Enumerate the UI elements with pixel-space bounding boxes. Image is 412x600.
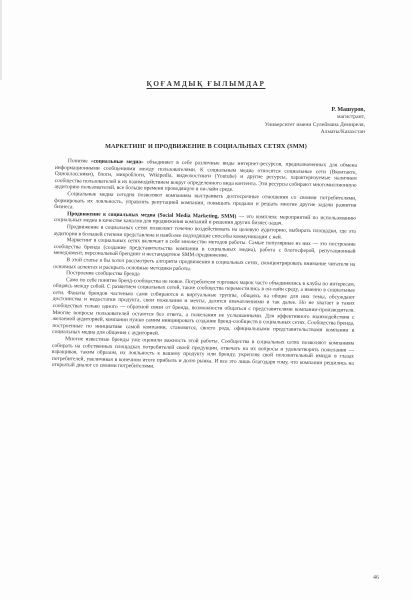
document-page: ҚОҒАМДЫҚ ҒЫЛЫМДАР Р. Машуров, магистрант… — [0, 0, 412, 600]
page-number: 46 — [373, 575, 379, 581]
author-block: Р. Машуров, магистрант, Университет имен… — [265, 107, 365, 137]
section-header-text: ҚОҒАМДЫҚ ҒЫЛЫМДАР — [147, 80, 266, 88]
author-position: магистрант, — [265, 114, 365, 121]
author-location: Алматы/Казахстан — [265, 129, 365, 136]
author-name: Р. Машуров, — [265, 107, 365, 114]
paragraph-social-media-definition: Понятие «социальные медиа» объединяет в … — [54, 158, 356, 196]
paragraph-brand-community: Само по себе понятие бренд-сообщества не… — [52, 277, 355, 341]
scan-edge-shadow — [0, 0, 2, 80]
article-title: МАРКЕТИНГ И ПРОДВИЖЕНИЕ В СОЦИАЛЬНЫХ СЕТ… — [0, 143, 412, 150]
article-body: Понятие «социальные медиа» объединяет в … — [52, 158, 357, 374]
section-header: ҚОҒАМДЫҚ ҒЫЛЫМДАР — [0, 80, 412, 88]
paragraph-brand-examples: Многие известные бренды уже оценили важн… — [52, 336, 354, 374]
author-affiliation: Университет имени Сулеймана Демиреля, — [265, 122, 365, 129]
